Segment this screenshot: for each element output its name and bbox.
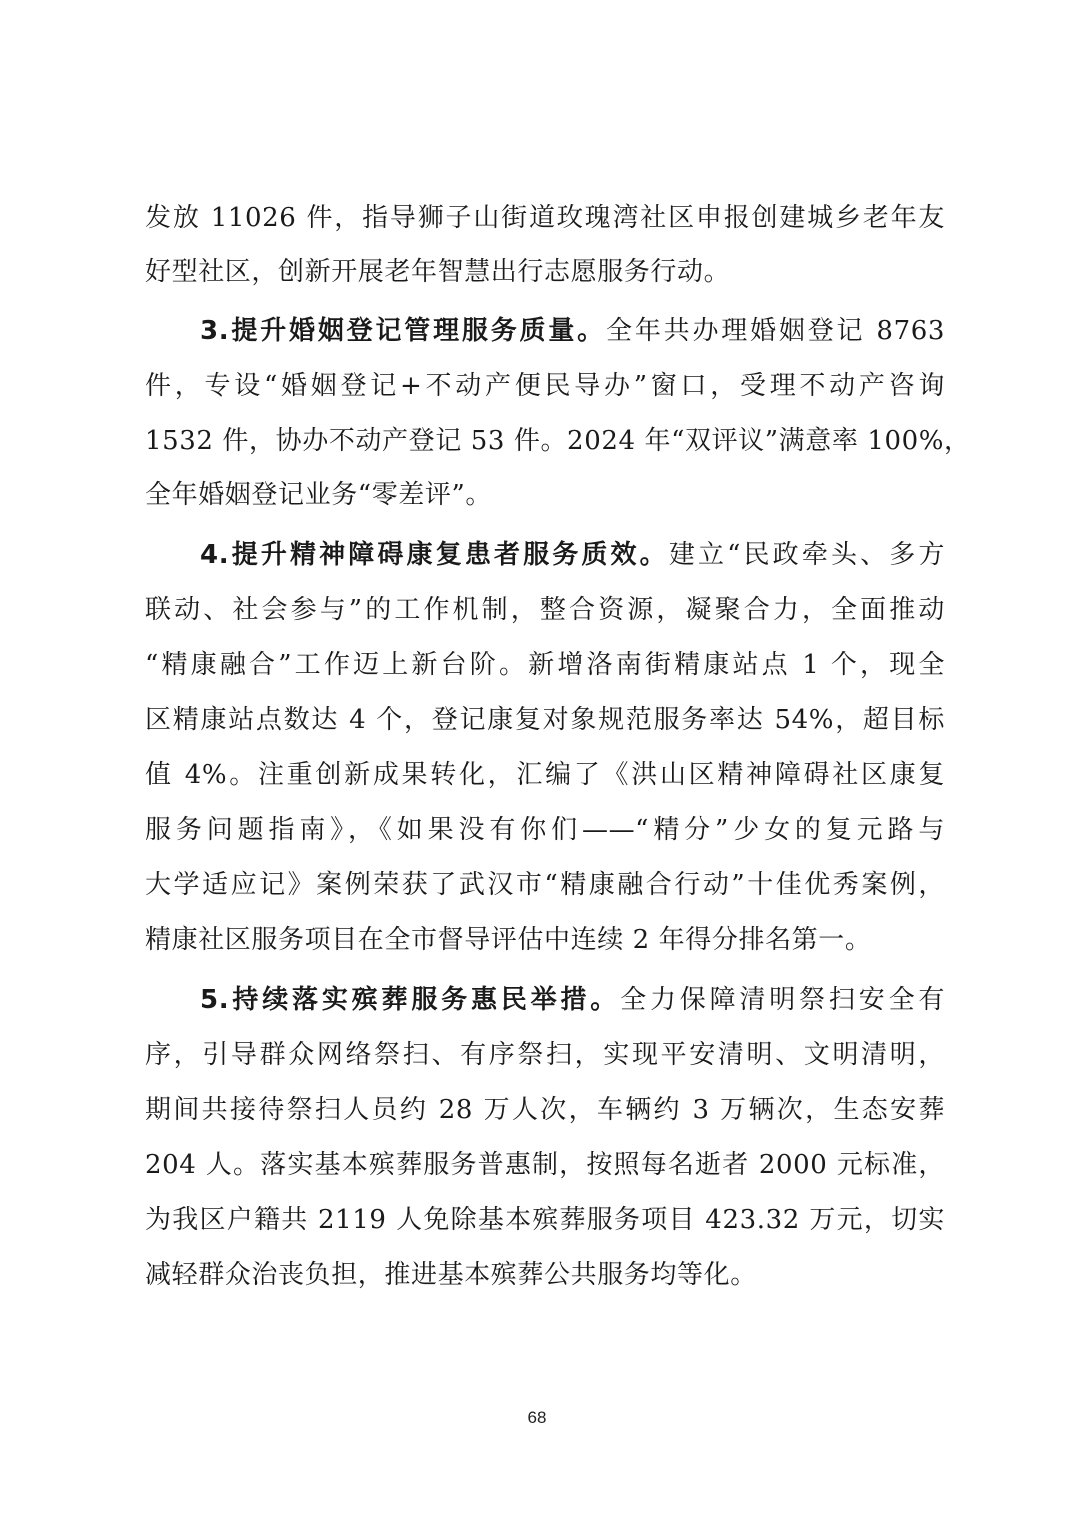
body-text-line: 减轻群众治丧负担，推进基本殡葬公共服务均等化。 [145, 1255, 945, 1295]
body-text: 建立“民政牵头、多方 [669, 540, 945, 570]
page-number: 68 [0, 1408, 1074, 1428]
body-text-line: 全年婚姻登记业务“零差评”。 [145, 475, 945, 515]
body-text-line: 204 人。落实基本殡葬服务普惠制，按照每名逝者 2000 元标准， [145, 1145, 945, 1185]
document-page: 发放 11026 件，指导狮子山街道玫瑰湾社区申报创建城乡老年友 好型社区，创新… [0, 0, 1074, 1520]
body-text-line: 联动、社会参与”的工作机制，整合资源，凝聚合力，全面推动 [145, 590, 945, 630]
body-text-line: 为我区户籍共 2119 人免除基本殡葬服务项目 423.32 万元，切实 [145, 1200, 945, 1240]
body-text-line: 值 4%。注重创新成果转化，汇编了《洪山区精神障碍社区康复 [145, 755, 945, 795]
body-text-line: 发放 11026 件，指导狮子山街道玫瑰湾社区申报创建城乡老年友 [145, 198, 945, 238]
section-3-first-line: 3.提升婚姻登记管理服务质量。全年共办理婚姻登记 8763 [200, 311, 945, 351]
section-4-first-line: 4.提升精神障碍康复患者服务质效。建立“民政牵头、多方 [200, 535, 945, 575]
body-text: 全力保障清明祭扫安全有 [620, 985, 945, 1015]
body-text-line: 精康社区服务项目在全市督导评估中连续 2 年得分排名第一。 [145, 920, 945, 960]
body-text-line: 序，引导群众网络祭扫、有序祭扫，实现平安清明、文明清明， [145, 1035, 945, 1075]
body-text-line: 大学适应记》案例荣获了武汉市“精康融合行动”十佳优秀案例， [145, 865, 945, 905]
section-heading-5: 5.持续落实殡葬服务惠民举措。 [200, 985, 620, 1015]
body-text-line: 期间共接待祭扫人员约 28 万人次，车辆约 3 万辆次，生态安葬 [145, 1090, 945, 1130]
body-text-line: “精康融合”工作迈上新台阶。新增洛南街精康站点 1 个，现全 [145, 645, 945, 685]
section-heading-3: 3.提升婚姻登记管理服务质量。 [200, 316, 606, 346]
section-heading-4: 4.提升精神障碍康复患者服务质效。 [200, 540, 669, 570]
body-text-line: 区精康站点数达 4 个，登记康复对象规范服务率达 54%，超目标 [145, 700, 945, 740]
section-5-first-line: 5.持续落实殡葬服务惠民举措。全力保障清明祭扫安全有 [200, 980, 945, 1020]
body-text: 全年共办理婚姻登记 8763 [606, 316, 945, 346]
body-text-line: 服务问题指南》，《如果没有你们——“精分”少女的复元路与 [145, 810, 945, 850]
body-text-line: 好型社区，创新开展老年智慧出行志愿服务行动。 [145, 252, 945, 292]
body-text-line: 件，专设“婚姻登记+不动产便民导办”窗口，受理不动产咨询 [145, 366, 945, 406]
body-text-line: 1532 件，协办不动产登记 53 件。2024 年“双评议”满意率 100%， [145, 421, 945, 461]
